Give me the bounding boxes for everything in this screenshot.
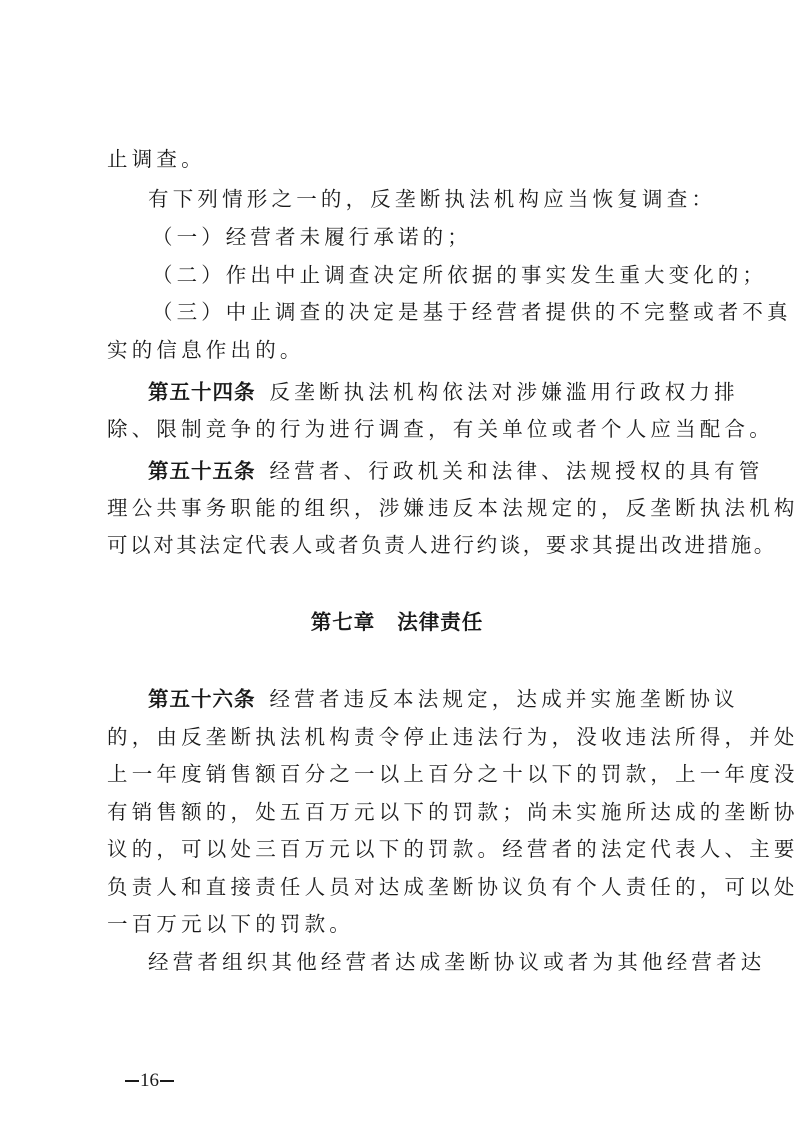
chapter-heading: 第七章法律责任 bbox=[0, 607, 794, 637]
chapter-number: 第七章 bbox=[311, 610, 376, 634]
article-56-line-8: 经营者组织其他经营者达成垄断协议或者为其他经营者达 bbox=[148, 947, 697, 977]
page-number: 16 bbox=[124, 1069, 175, 1093]
list-item: （一）经营者未履行承诺的； bbox=[152, 222, 699, 252]
article-heading: 第五十六条 bbox=[148, 687, 256, 711]
list-item: （二）作出中止调查决定所依据的事实发生重大变化的； bbox=[152, 260, 699, 290]
document-page: 止调查。 有下列情形之一的，反垄断执法机构应当恢复调查： （一）经营者未履行承诺… bbox=[0, 0, 794, 1123]
paragraph-line: 实的信息作出的。 bbox=[107, 335, 697, 365]
article-heading: 第五十五条 bbox=[148, 459, 256, 483]
article-56-line-7: 一百万元以下的罚款。 bbox=[107, 909, 697, 939]
article-55-line-3: 可以对其法定代表人或者负责人进行约谈，要求其提出改进措施。 bbox=[107, 530, 697, 560]
article-56-line-3: 上一年度销售额百分之一以上百分之十以下的罚款，上一年度没 bbox=[107, 759, 697, 789]
dash-left bbox=[125, 1080, 139, 1082]
article-56-line-4: 有销售额的，处五百万元以下的罚款；尚未实施所达成的垄断协 bbox=[107, 797, 697, 827]
paragraph-line: 止调查。 bbox=[107, 144, 697, 174]
article-56-line-2: 的，由反垄断执法机构责令停止违法行为，没收违法所得，并处 bbox=[107, 722, 697, 752]
article-54-line-1: 第五十四条反垄断执法机构依法对涉嫌滥用行政权力排 bbox=[148, 377, 697, 407]
article-55-line-2: 理公共事务职能的组织，涉嫌违反本法规定的，反垄断执法机构 bbox=[107, 493, 697, 523]
article-heading: 第五十四条 bbox=[148, 380, 256, 404]
article-56-line-1: 第五十六条经营者违反本法规定，达成并实施垄断协议 bbox=[148, 684, 697, 714]
article-text: 反垄断执法机构依法对涉嫌滥用行政权力排 bbox=[270, 380, 739, 404]
paragraph-line: 有下列情形之一的，反垄断执法机构应当恢复调查： bbox=[148, 184, 697, 214]
list-item: （三）中止调查的决定是基于经营者提供的不完整或者不真 bbox=[152, 297, 699, 327]
article-56-line-6: 负责人和直接责任人员对达成垄断协议负有个人责任的，可以处 bbox=[107, 872, 697, 902]
article-54-line-2: 除、限制竞争的行为进行调查，有关单位或者个人应当配合。 bbox=[107, 414, 697, 444]
article-text: 经营者违反本法规定，达成并实施垄断协议 bbox=[270, 687, 739, 711]
article-55-line-1: 第五十五条经营者、行政机关和法律、法规授权的具有管 bbox=[148, 456, 697, 486]
dash-right bbox=[160, 1080, 174, 1082]
article-text: 经营者、行政机关和法律、法规授权的具有管 bbox=[270, 459, 764, 483]
chapter-title: 法律责任 bbox=[397, 610, 483, 634]
page-number-value: 16 bbox=[140, 1070, 159, 1091]
article-56-line-5: 议的，可以处三百万元以下的罚款。经营者的法定代表人、主要 bbox=[107, 834, 697, 864]
